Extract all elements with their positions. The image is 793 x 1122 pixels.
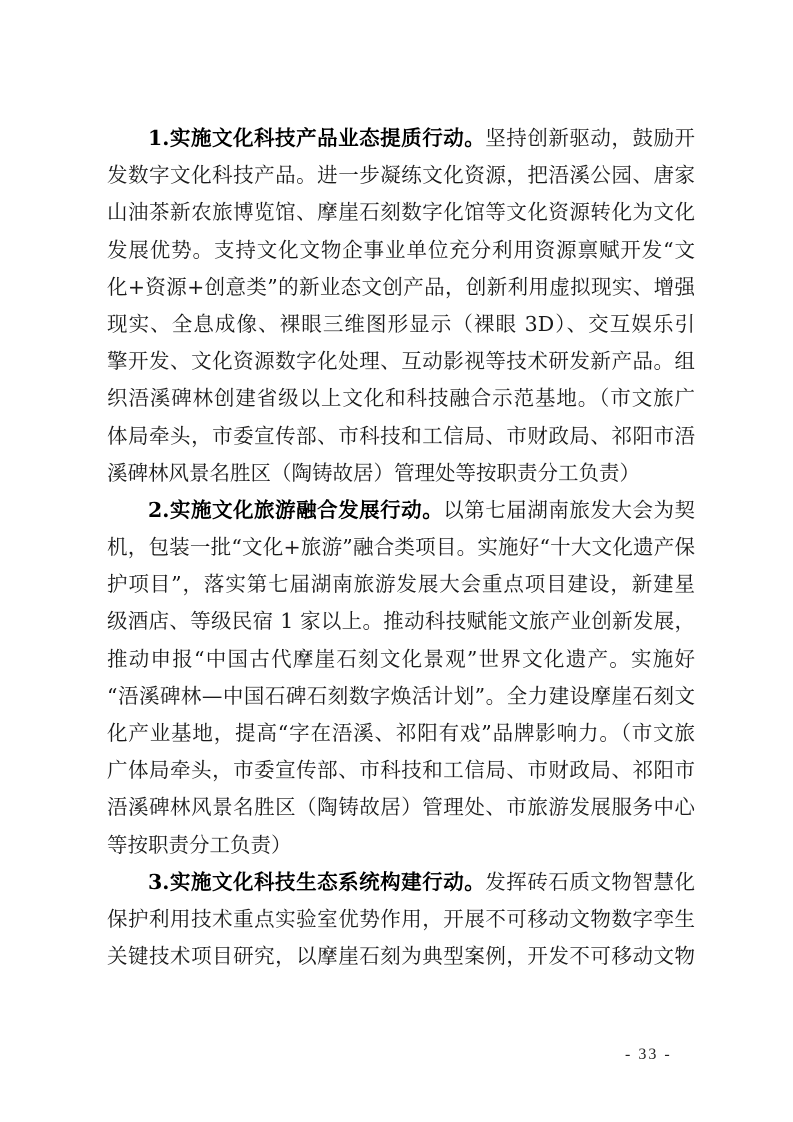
paragraph-3-line-2: 保护利用技术重点实验室优势作用，开展不可移动文物数字孪生 bbox=[107, 901, 695, 938]
paragraph-2-line-5: 推动申报“中国古代摩崖石刻文化景观”世界文化遗产。实施好 bbox=[107, 641, 695, 678]
paragraph-1-line-9: 体局牵头，市委宣传部、市科技和工信局、市财政局、祁阳市浯 bbox=[107, 418, 695, 455]
paragraph-1-line-8: 织浯溪碑林创建省级以上文化和科技融合示范基地。（市文旅广 bbox=[107, 380, 695, 417]
document-body: 1.实施文化科技产品业态提质行动。坚持创新驱动，鼓励开 发数字文化科技产品。进一… bbox=[107, 120, 695, 975]
text-line: 坚持创新驱动，鼓励开 bbox=[485, 126, 695, 150]
paragraph-1-line-2: 发数字文化科技产品。进一步凝练文化资源，把浯溪公园、唐家 bbox=[107, 157, 695, 194]
section-2-heading: 2.实施文化旅游融合发展行动。 bbox=[148, 498, 443, 522]
paragraph-1-line-10: 溪碑林风景名胜区（陶铸故居）管理处等按职责分工负责） bbox=[107, 455, 695, 492]
paragraph-1-line-7: 擎开发、文化资源数字化处理、互动影视等技术研发新产品。组 bbox=[107, 343, 695, 380]
paragraph-2-line-10: 等按职责分工负责） bbox=[107, 827, 695, 864]
document-page: 1.实施文化科技产品业态提质行动。坚持创新驱动，鼓励开 发数字文化科技产品。进一… bbox=[0, 0, 793, 1122]
paragraph-1-line-3: 山油茶新农旅博览馆、摩崖石刻数字化馆等文化资源转化为文化 bbox=[107, 194, 695, 231]
paragraph-2-line-8: 广体局牵头，市委宣传部、市科技和工信局、市财政局、祁阳市 bbox=[107, 752, 695, 789]
section-3-heading: 3.实施文化科技生态系统构建行动。 bbox=[148, 870, 485, 894]
paragraph-3-line-1: 3.实施文化科技生态系统构建行动。发挥砖石质文物智慧化 bbox=[107, 864, 695, 901]
paragraph-2-line-9: 浯溪碑林风景名胜区（陶铸故居）管理处、市旅游发展服务中心 bbox=[107, 789, 695, 826]
paragraph-2-line-3: 护项目”，落实第七届湖南旅游发展大会重点项目建设，新建星 bbox=[107, 566, 695, 603]
paragraph-1-line-6: 现实、全息成像、裸眼三维图形显示（裸眼 3D）、交互娱乐引 bbox=[107, 306, 695, 343]
paragraph-2-line-2: 机，包装一批“文化+旅游”融合类项目。实施好“十大文化遗产保 bbox=[107, 529, 695, 566]
section-1-heading: 1.实施文化科技产品业态提质行动。 bbox=[148, 126, 485, 150]
page-number: - 33 - bbox=[625, 1046, 672, 1064]
paragraph-2-line-4: 级酒店、等级民宿 1 家以上。推动科技赋能文旅产业创新发展， bbox=[107, 603, 695, 640]
paragraph-1-line-5: 化+资源+创意类”的新业态文创产品，创新利用虚拟现实、增强 bbox=[107, 269, 695, 306]
paragraph-1-line-1: 1.实施文化科技产品业态提质行动。坚持创新驱动，鼓励开 bbox=[107, 120, 695, 157]
text-line: 发挥砖石质文物智慧化 bbox=[485, 870, 695, 894]
paragraph-3-line-3: 关键技术项目研究，以摩崖石刻为典型案例，开发不可移动文物 bbox=[107, 938, 695, 975]
paragraph-2-line-1: 2.实施文化旅游融合发展行动。以第七届湖南旅发大会为契 bbox=[107, 492, 695, 529]
text-line: 以第七届湖南旅发大会为契 bbox=[443, 498, 695, 522]
paragraph-2-line-7: 化产业基地，提高“字在浯溪、祁阳有戏”品牌影响力。（市文旅 bbox=[107, 715, 695, 752]
paragraph-1-line-4: 发展优势。支持文化文物企事业单位充分利用资源禀赋开发“文 bbox=[107, 232, 695, 269]
paragraph-2-line-6: “浯溪碑林—中国石碑石刻数字焕活计划”。全力建设摩崖石刻文 bbox=[107, 678, 695, 715]
